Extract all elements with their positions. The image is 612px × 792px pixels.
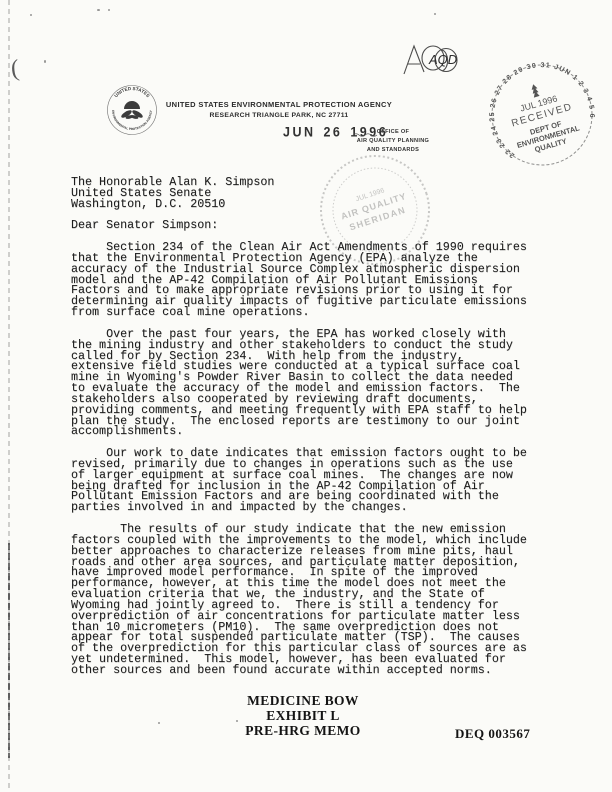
handwritten-aqd-annotation: AQD	[400, 38, 462, 82]
exhibit-line: MEDICINE BOW	[245, 693, 360, 708]
aqd-letters: AQD	[428, 52, 457, 67]
paragraph-2: Over the past four years, the EPA has wo…	[71, 329, 557, 437]
paragraph-1: Section 234 of the Clean Air Act Amendme…	[71, 242, 557, 318]
office-line: AIR QUALITY PLANNING	[357, 137, 429, 146]
seal-ring-top-text: UNITED STATES	[113, 86, 150, 98]
paragraph-3: Our work to date indicates that emission…	[71, 448, 557, 513]
exhibit-label: MEDICINE BOW EXHIBIT L PRE-HRG MEMO	[245, 693, 360, 738]
epa-seal: UNITED STATES ENVIRONMENTAL PROTECTION A…	[106, 84, 158, 136]
stamp-emblem-icon	[530, 83, 539, 97]
scan-speck	[434, 13, 436, 15]
scan-speck	[44, 60, 46, 63]
scan-paren-mark: (	[10, 56, 21, 84]
scan-speck	[108, 9, 110, 11]
office-line: OFFICE OF	[357, 128, 429, 137]
scanned-letter-page: ( UNITED STATES ENVIRONMENTAL PROTECTION…	[0, 0, 612, 792]
doc-number: DEQ 003567	[455, 726, 530, 742]
salutation: Dear Senator Simpson:	[71, 220, 557, 231]
scan-speck	[236, 720, 238, 722]
scan-speck	[30, 14, 32, 16]
letterhead-agency: UNITED STATES ENVIRONMENTAL PROTECTION A…	[166, 100, 392, 109]
letterhead: UNITED STATES ENVIRONMENTAL PROTECTION A…	[166, 100, 392, 119]
letterhead-address: RESEARCH TRIANGLE PARK, NC 27711	[166, 112, 392, 119]
seal-ring-bottom-text: ENVIRONMENTAL PROTECTION AGENCY	[111, 109, 153, 131]
scan-speck	[97, 9, 100, 11]
exhibit-line: EXHIBIT L	[245, 708, 360, 723]
received-stamp: 22 23 24 25 26 27 28 29 30 31 JUN 1 2 3 …	[488, 61, 596, 169]
letter-body: The Honorable Alan K. Simpson United Sta…	[71, 177, 557, 676]
recipient-line: Washington, D.C. 20510	[71, 199, 557, 210]
scan-edge-line-dark	[8, 543, 10, 758]
seal-flower-icon	[120, 101, 144, 120]
paragraph-4: The results of our study indicate that t…	[71, 524, 557, 676]
exhibit-line: PRE-HRG MEMO	[245, 723, 360, 738]
scan-speck	[158, 722, 160, 724]
